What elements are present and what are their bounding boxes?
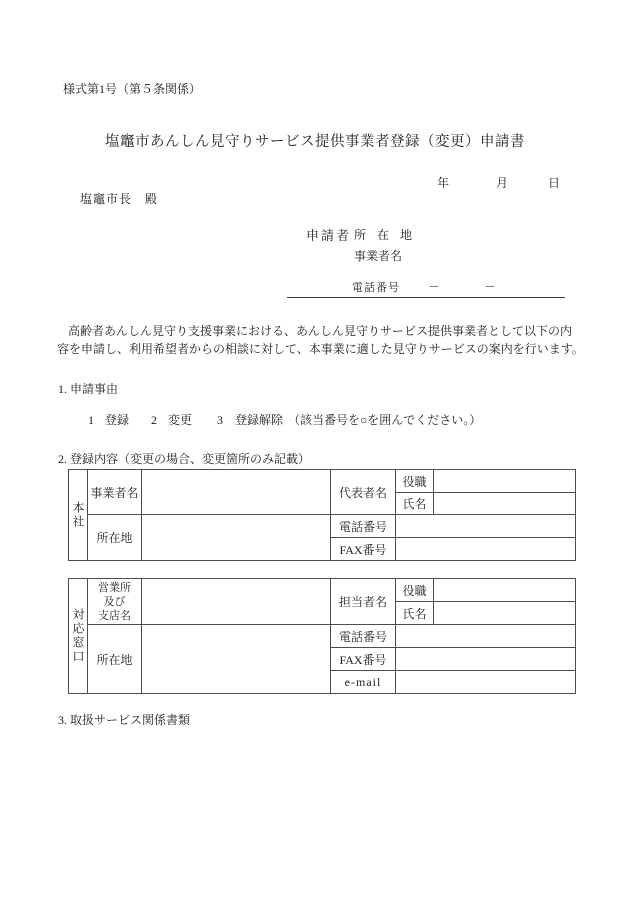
ho-fax-value-cell[interactable]	[396, 538, 576, 561]
head-office-table: 本社 事業者名 代表者名 役職 氏名 所在地 電話番号 FAX番号	[68, 469, 576, 561]
intro-line-2: 容を申請し、利用希望者からの相談に対して、本事業に適した見守りサービスの案内を行…	[57, 342, 584, 356]
applicant-fill-underline[interactable]	[287, 297, 565, 298]
ho-name-label: 氏名	[396, 493, 434, 515]
ho-address-label: 所在地	[88, 515, 142, 561]
cw-address-label: 所在地	[88, 625, 142, 694]
ho-name-value-cell[interactable]	[434, 493, 576, 515]
ho-business-name-value-cell[interactable]	[142, 470, 331, 515]
cw-email-label: e-mail	[331, 671, 396, 694]
contact-group-label: 対応窓口	[69, 608, 87, 664]
option-note: （該当番号を○を囲んでください。）	[288, 413, 481, 427]
applicant-phone-label: 電話番号	[352, 282, 400, 295]
contact-window-table: 対応窓口 営業所 及び 支店名 担当者名 役職 氏名 所在地 電話番号 FAX番…	[68, 578, 576, 694]
section1-heading: 1. 申請事由	[58, 382, 118, 396]
ho-phone-value-cell[interactable]	[396, 515, 576, 538]
ho-fax-label: FAX番号	[331, 538, 396, 561]
page-title: 塩竈市あんしん見守りサービス提供事業者登録（変更）申請書	[0, 134, 630, 151]
cw-office-branch-value-cell[interactable]	[142, 579, 331, 625]
option-1-number[interactable]: 1	[88, 413, 94, 427]
cw-office-line-1: 営業所	[88, 581, 141, 595]
ho-position-label: 役職	[396, 470, 434, 493]
form-number: 様式第1号（第５条関係）	[63, 82, 201, 96]
option-2-number[interactable]: 2	[151, 413, 157, 427]
ho-business-name-label: 事業者名	[88, 470, 142, 515]
ho-phone-label: 電話番号	[331, 515, 396, 538]
applicant-business-name-label: 事業者名	[354, 249, 402, 263]
ho-position-value-cell[interactable]	[434, 470, 576, 493]
cw-office-branch-label: 営業所 及び 支店名	[88, 579, 142, 625]
cw-phone-label: 電話番号	[331, 625, 396, 648]
applicant-label: 申請者	[306, 228, 351, 244]
cw-address-value-cell[interactable]	[142, 625, 331, 694]
cw-position-value-cell[interactable]	[434, 579, 576, 602]
section3-heading: 3. 取扱サービス関係書類	[58, 713, 190, 727]
date-day-label: 日	[548, 176, 560, 190]
option-1-label[interactable]: 登録	[105, 413, 129, 427]
cw-email-value-cell[interactable]	[396, 671, 576, 694]
cw-fax-label: FAX番号	[331, 648, 396, 671]
head-office-group-cell: 本社	[69, 470, 88, 561]
addressee: 塩竈市長 殿	[80, 192, 158, 206]
head-office-group-label: 本社	[69, 501, 87, 529]
cw-name-value-cell[interactable]	[434, 602, 576, 625]
phone-dash-1: －	[428, 280, 440, 294]
cw-name-label: 氏名	[396, 602, 434, 625]
option-3-number[interactable]: 3	[217, 413, 223, 427]
cw-contact-person-label: 担当者名	[331, 579, 396, 625]
application-form-page: 様式第1号（第５条関係） 塩竈市あんしん見守りサービス提供事業者登録（変更）申請…	[0, 0, 630, 903]
section2-heading: 2. 登録内容（変更の場合、変更箇所のみ記載）	[58, 452, 310, 466]
contact-group-cell: 対応窓口	[69, 579, 88, 694]
date-month-label: 月	[496, 176, 508, 190]
option-3-label[interactable]: 登録解除	[235, 413, 283, 427]
cw-office-line-2: 及び	[88, 595, 141, 609]
cw-phone-value-cell[interactable]	[396, 625, 576, 648]
intro-line-1: 高齢者あんしん見守り支援事業における、あんしん見守りサービス提供事業者として以下…	[68, 324, 572, 338]
date-year-label: 年	[437, 176, 449, 190]
cw-fax-value-cell[interactable]	[396, 648, 576, 671]
option-2-label[interactable]: 変更	[168, 413, 192, 427]
cw-position-label: 役職	[396, 579, 434, 602]
ho-address-value-cell[interactable]	[142, 515, 331, 561]
applicant-address-label: 所 在 地	[354, 228, 416, 242]
ho-representative-label: 代表者名	[331, 470, 396, 515]
phone-dash-2: －	[484, 280, 496, 294]
cw-office-line-3: 支店名	[88, 609, 141, 623]
